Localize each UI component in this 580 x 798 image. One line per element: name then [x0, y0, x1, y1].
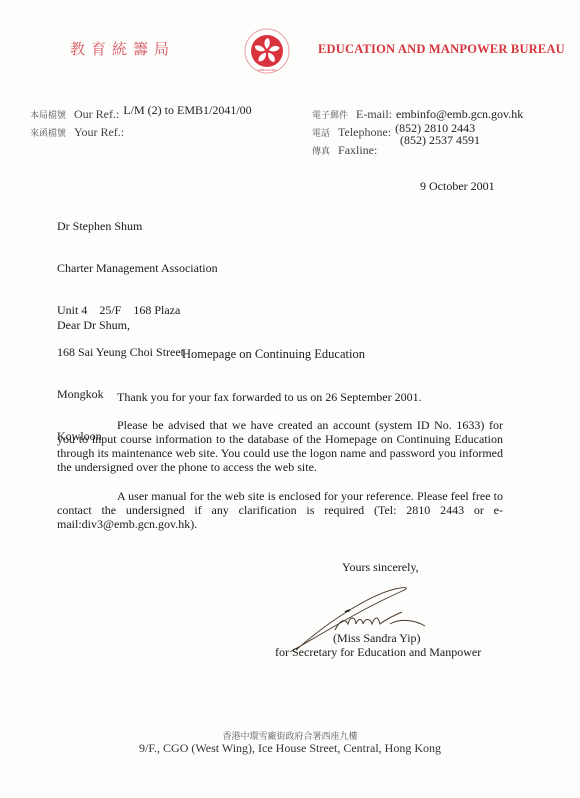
svg-text:HONG KONG: HONG KONG: [258, 68, 277, 72]
signatory-title: for Secretary for Education and Manpower: [275, 645, 481, 659]
address-line: Charter Management Association: [57, 261, 218, 275]
letter-date: 9 October 2001: [420, 179, 495, 193]
fax-cn-label: 傳真: [312, 146, 330, 156]
paragraph-3-text: A user manual for the web site is enclos…: [57, 489, 503, 531]
your-ref-cn-label: 來函檔號: [30, 128, 66, 138]
email-label: E-mail:: [356, 107, 392, 121]
address-line: Dr Stephen Shum: [57, 219, 218, 233]
your-ref-row: 來函檔號 Your Ref.:: [30, 123, 124, 141]
letter-subject: Homepage on Continuing Education: [182, 347, 365, 362]
paragraph-1: Thank you for your fax forwarded to us o…: [57, 390, 503, 404]
hong-kong-emblem-icon: HONG KONG: [243, 26, 291, 78]
our-ref-cn-label: 本局檔號: [30, 110, 66, 120]
valediction: Yours sincerely,: [342, 560, 419, 574]
paragraph-2-text: Please be advised that we have created a…: [57, 418, 503, 474]
telephone-cn-label: 電話: [312, 128, 330, 138]
bureau-english-name: EDUCATION AND MANPOWER BUREAU: [318, 42, 565, 57]
paragraph-2: Please be advised that we have created a…: [57, 418, 503, 474]
paragraph-1-text: Thank you for your fax forwarded to us o…: [117, 390, 422, 404]
telephone-label: Telephone:: [338, 125, 391, 139]
fax-label: Faxline:: [338, 143, 377, 157]
email-cn-label: 電子郵件: [312, 110, 348, 120]
bureau-chinese-name: 教育統籌局: [70, 38, 175, 59]
footer-address-english: 9/F., CGO (West Wing), Ice House Street,…: [0, 741, 580, 756]
our-ref-label: Our Ref.:: [74, 107, 119, 121]
your-ref-label: Your Ref.:: [74, 125, 124, 139]
email-value: embinfo@emb.gcn.gov.hk: [396, 107, 523, 121]
fax-row: 傳真 Faxline:: [312, 141, 377, 159]
our-ref-row: 本局檔號 Our Ref.: L/M (2) to EMB1/2041/00: [30, 105, 252, 123]
address-line: Unit 4 25/F 168 Plaza: [57, 303, 218, 317]
paragraph-3: A user manual for the web site is enclos…: [57, 489, 503, 531]
salutation: Dear Dr Shum,: [57, 318, 130, 332]
our-ref-value: L/M (2) to EMB1/2041/00: [123, 103, 251, 117]
signatory-name: (Miss Sandra Yip): [333, 631, 421, 645]
fax-value: (852) 2537 4591: [400, 133, 480, 148]
